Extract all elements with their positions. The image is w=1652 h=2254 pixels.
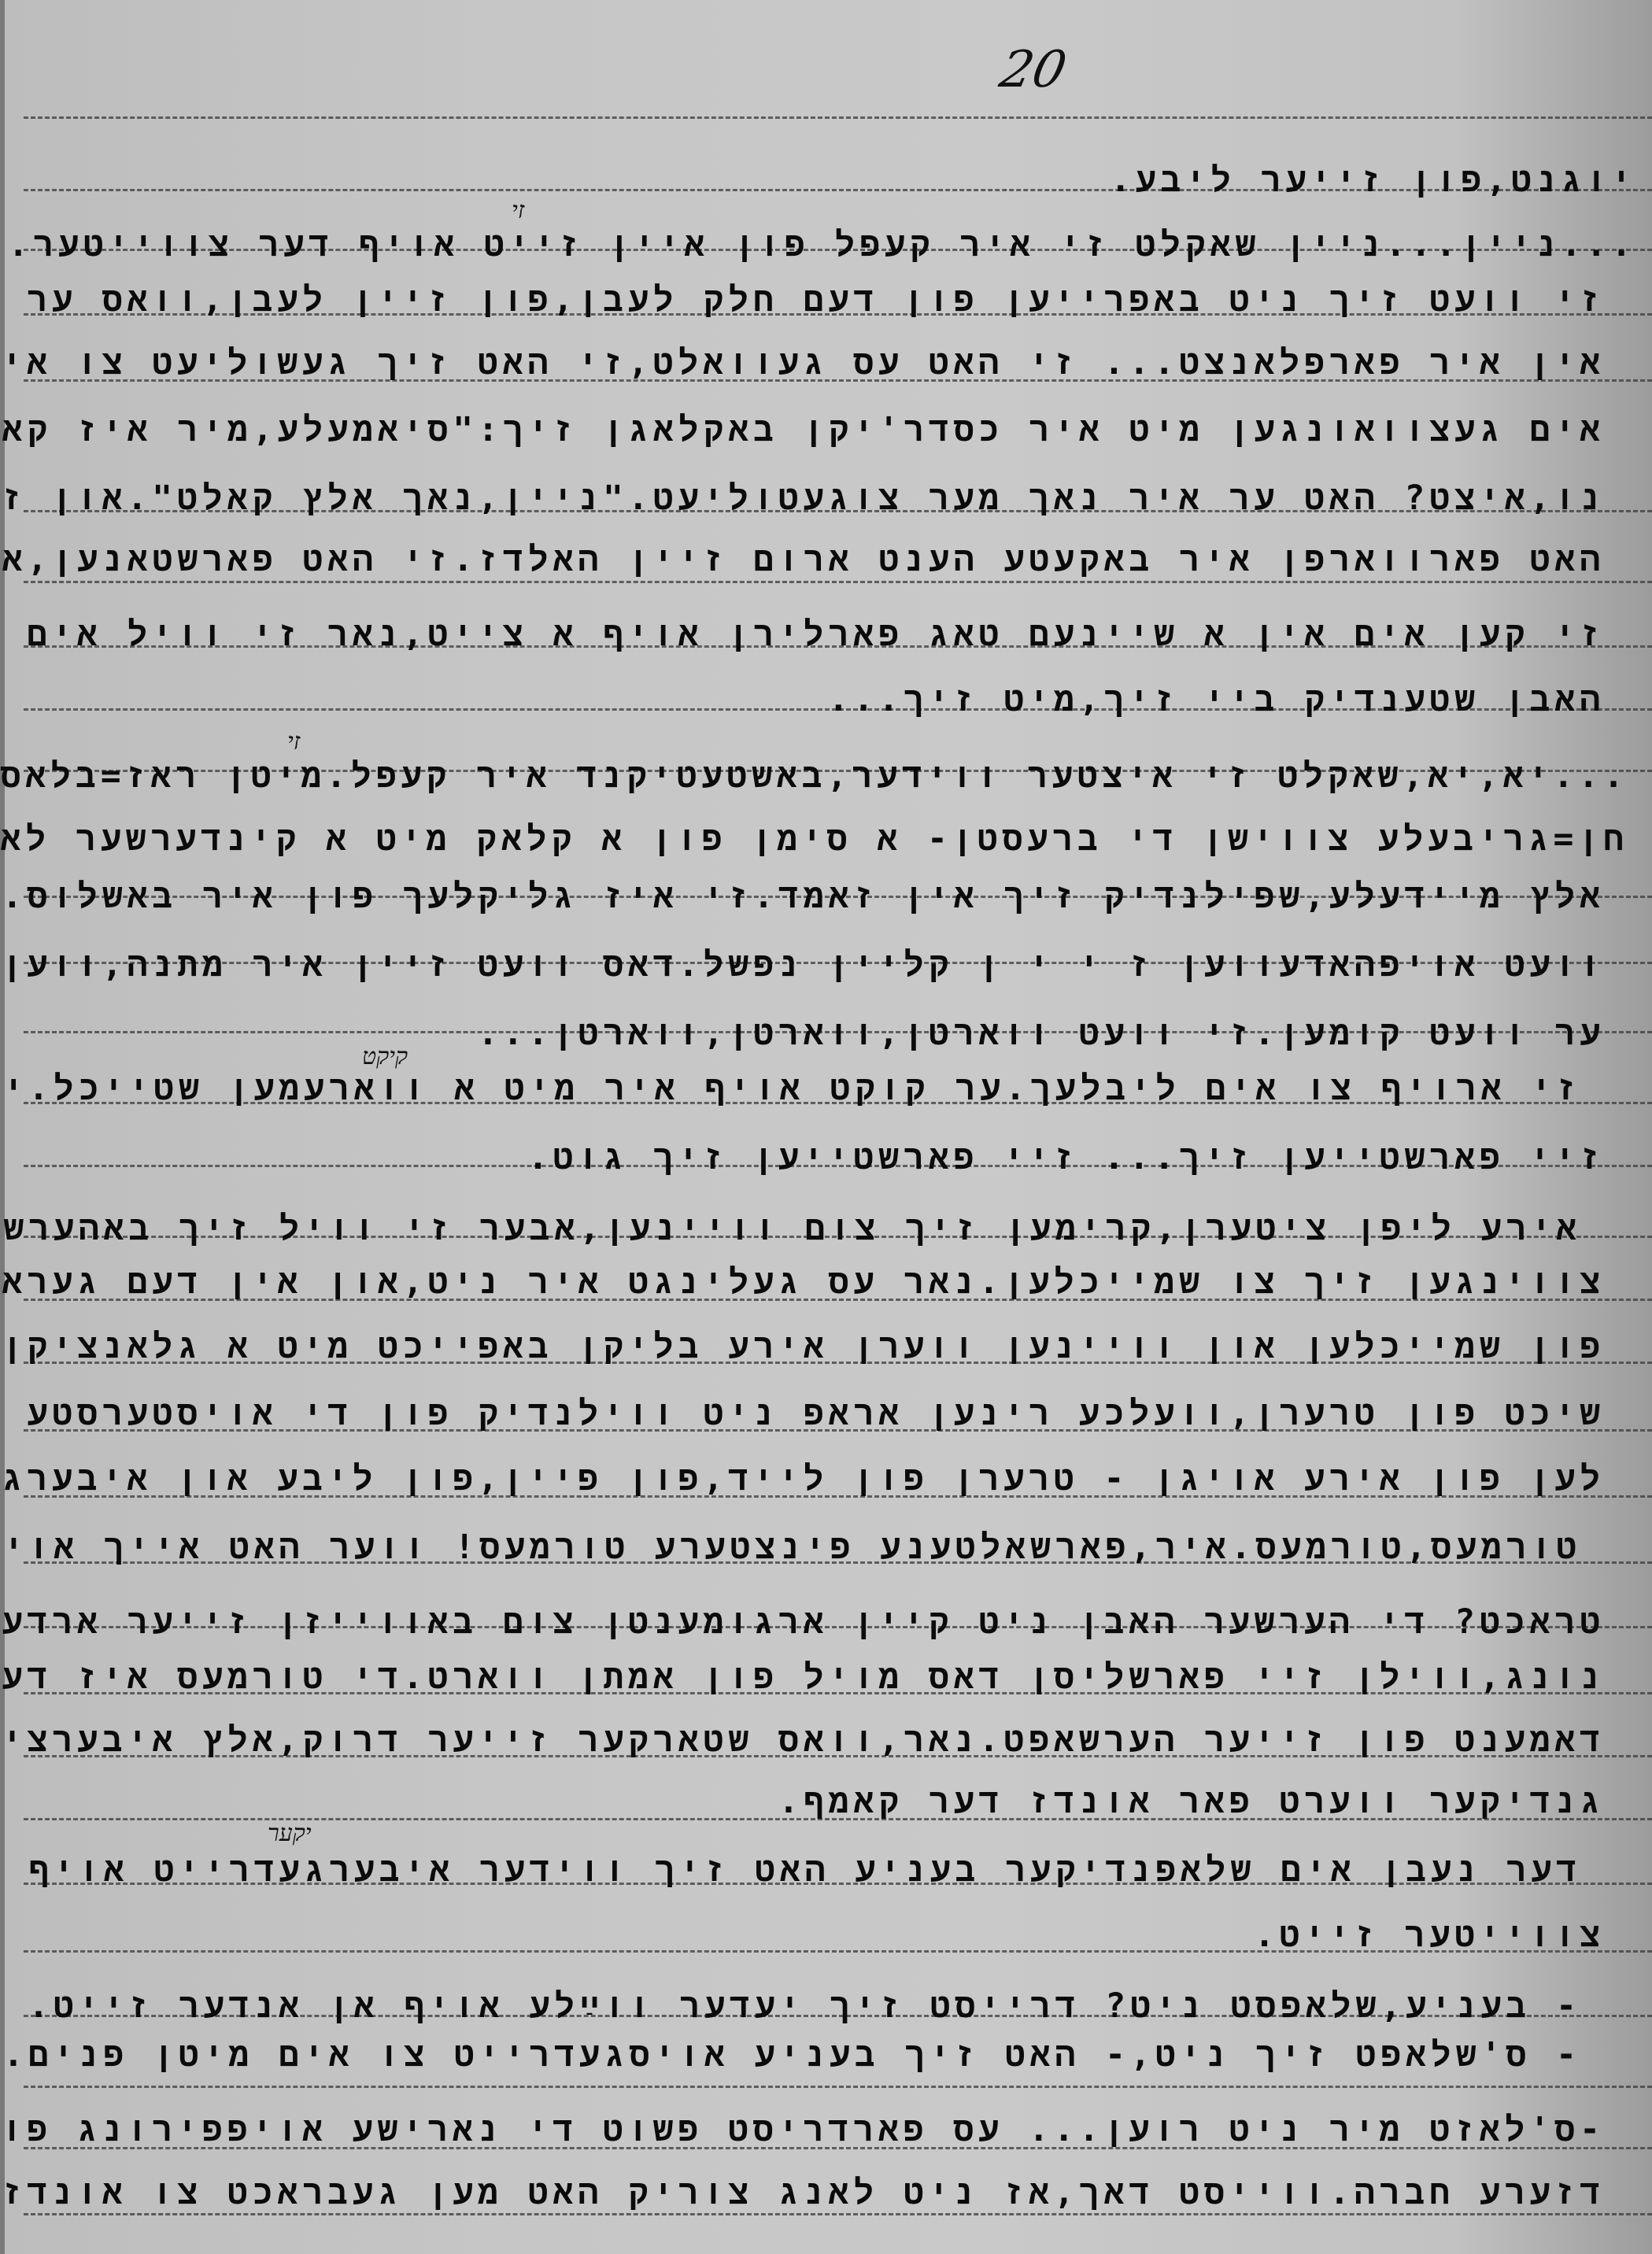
text-line: -ס'לאזט מיר ניט רוען... עס פארדריסט פשוט…	[0, 2113, 1605, 2147]
text-line: - בעניע,שלאפסט ניט? דרייסט זיך יעדער ווײ…	[28, 1990, 1581, 2023]
text-line: דזערע חברה.ווייסט דאך,אז ניט לאנג צוריק …	[0, 2176, 1605, 2210]
text-line: ...ניין...ניין שאקלט זי איר קעפל פון איי…	[8, 228, 1636, 262]
text-line: ער וועט קומען.זי וועט ווארטן,ווארטן,וואר…	[478, 1017, 1605, 1051]
text-line: וועט אויפהאדעווען ז י י ן קליין נפשל.דאס…	[2, 948, 1605, 982]
text-line: - ס'שלאפט זיך ניט,- האט זיך בעניע אויסגע…	[3, 2038, 1581, 2072]
text-line: יוגנט,פון זייער ליבע.	[1111, 164, 1636, 198]
guideline	[24, 2086, 1652, 2088]
text-line: ...יא,יא,שאקלט זי איצטער ווידער,באשטעטיק…	[0, 759, 1628, 793]
handwritten-correction: זי	[512, 197, 524, 224]
text-line: צווינגען זיך צו שמייכלען.נאר עס געלינגט …	[0, 1266, 1605, 1299]
text-line: זי וועט זיך ניט באפרייען פון דעם חלק לעב…	[0, 283, 1605, 317]
text-line: אירע ליפן ציטערן,קרימען זיך צום וויינען,…	[0, 1212, 1581, 1246]
text-line: לען פון אירע אויגן - טרערן פון לייד,פון …	[0, 1462, 1605, 1496]
handwritten-correction: קיקט	[362, 1043, 408, 1070]
document-page: 20 יוגנט,פון זייער ליבע. ...ניין...ניין …	[0, 0, 1652, 2254]
text-line: זי ארויף צו אים ליבלעך.ער קוקט אויף איר …	[0, 1072, 1581, 1106]
text-line: אין איר פארפלאנצט... זי האט עס געוואלט,ז…	[0, 346, 1605, 380]
guideline	[24, 2213, 1652, 2215]
text-line: נו,איצט? האט ער איר נאך מער צוגעטוליעט."…	[0, 482, 1605, 515]
guideline	[24, 581, 1652, 583]
text-line: שיכט פון טרערן,וועלכע רינען אראפ ניט ווי…	[0, 1397, 1605, 1431]
text-line: זי קען אים אין א שיינעם טאג פארלירן אויף…	[27, 618, 1605, 652]
page-number: 20	[995, 41, 1071, 99]
text-line: גנדיקער ווערט פאר אונדז דער קאמף.	[778, 1785, 1605, 1819]
guideline	[24, 116, 1652, 119]
text-line: אים געצוואונגען מיט איר כסדר'יקן באקלאגן…	[0, 413, 1605, 447]
text-line: נונג,ווילן זיי פארשליסן דאס מויל פון אמת…	[0, 1661, 1605, 1694]
text-line: אלץ מיידעלע,שפילנדיק זיך אין זאמד.זי איז…	[0, 880, 1605, 914]
text-line: האט פארווארפן איר באקעטע הענט ארום זיין …	[0, 543, 1605, 577]
text-line: צווייטער זייט.	[1255, 1919, 1605, 1953]
text-line: טראכט? די הערשער האבן ניט קיין ארגומענטן…	[0, 1606, 1605, 1639]
text-line: זיי פארשטייען זיך... זיי פארשטייען זיך ג…	[528, 1141, 1605, 1175]
text-line: דער נעבן אים שלאפנדיקער בעניע האט זיך וו…	[0, 1853, 1581, 1887]
text-line: דאמענט פון זייער הערשאפט.נאר,וואס שטארקע…	[0, 1724, 1605, 1757]
text-line: פון שמייכלען און וויינען ווערן אירע בליק…	[2, 1330, 1605, 1364]
text-line: טורמעס,טורמעס.איר,פארשאלטענע פינצטערע טו…	[0, 1531, 1581, 1565]
text-line: חן=גריבעלע צווישן די ברעסטן- א סימן פון …	[0, 822, 1628, 856]
page-edge	[0, 0, 5, 2254]
handwritten-correction: זי	[287, 728, 300, 756]
handwritten-correction: יקער	[268, 1820, 312, 1847]
text-line: האבן שטענדיק ביי זיך,מיט זיך...	[828, 683, 1605, 717]
